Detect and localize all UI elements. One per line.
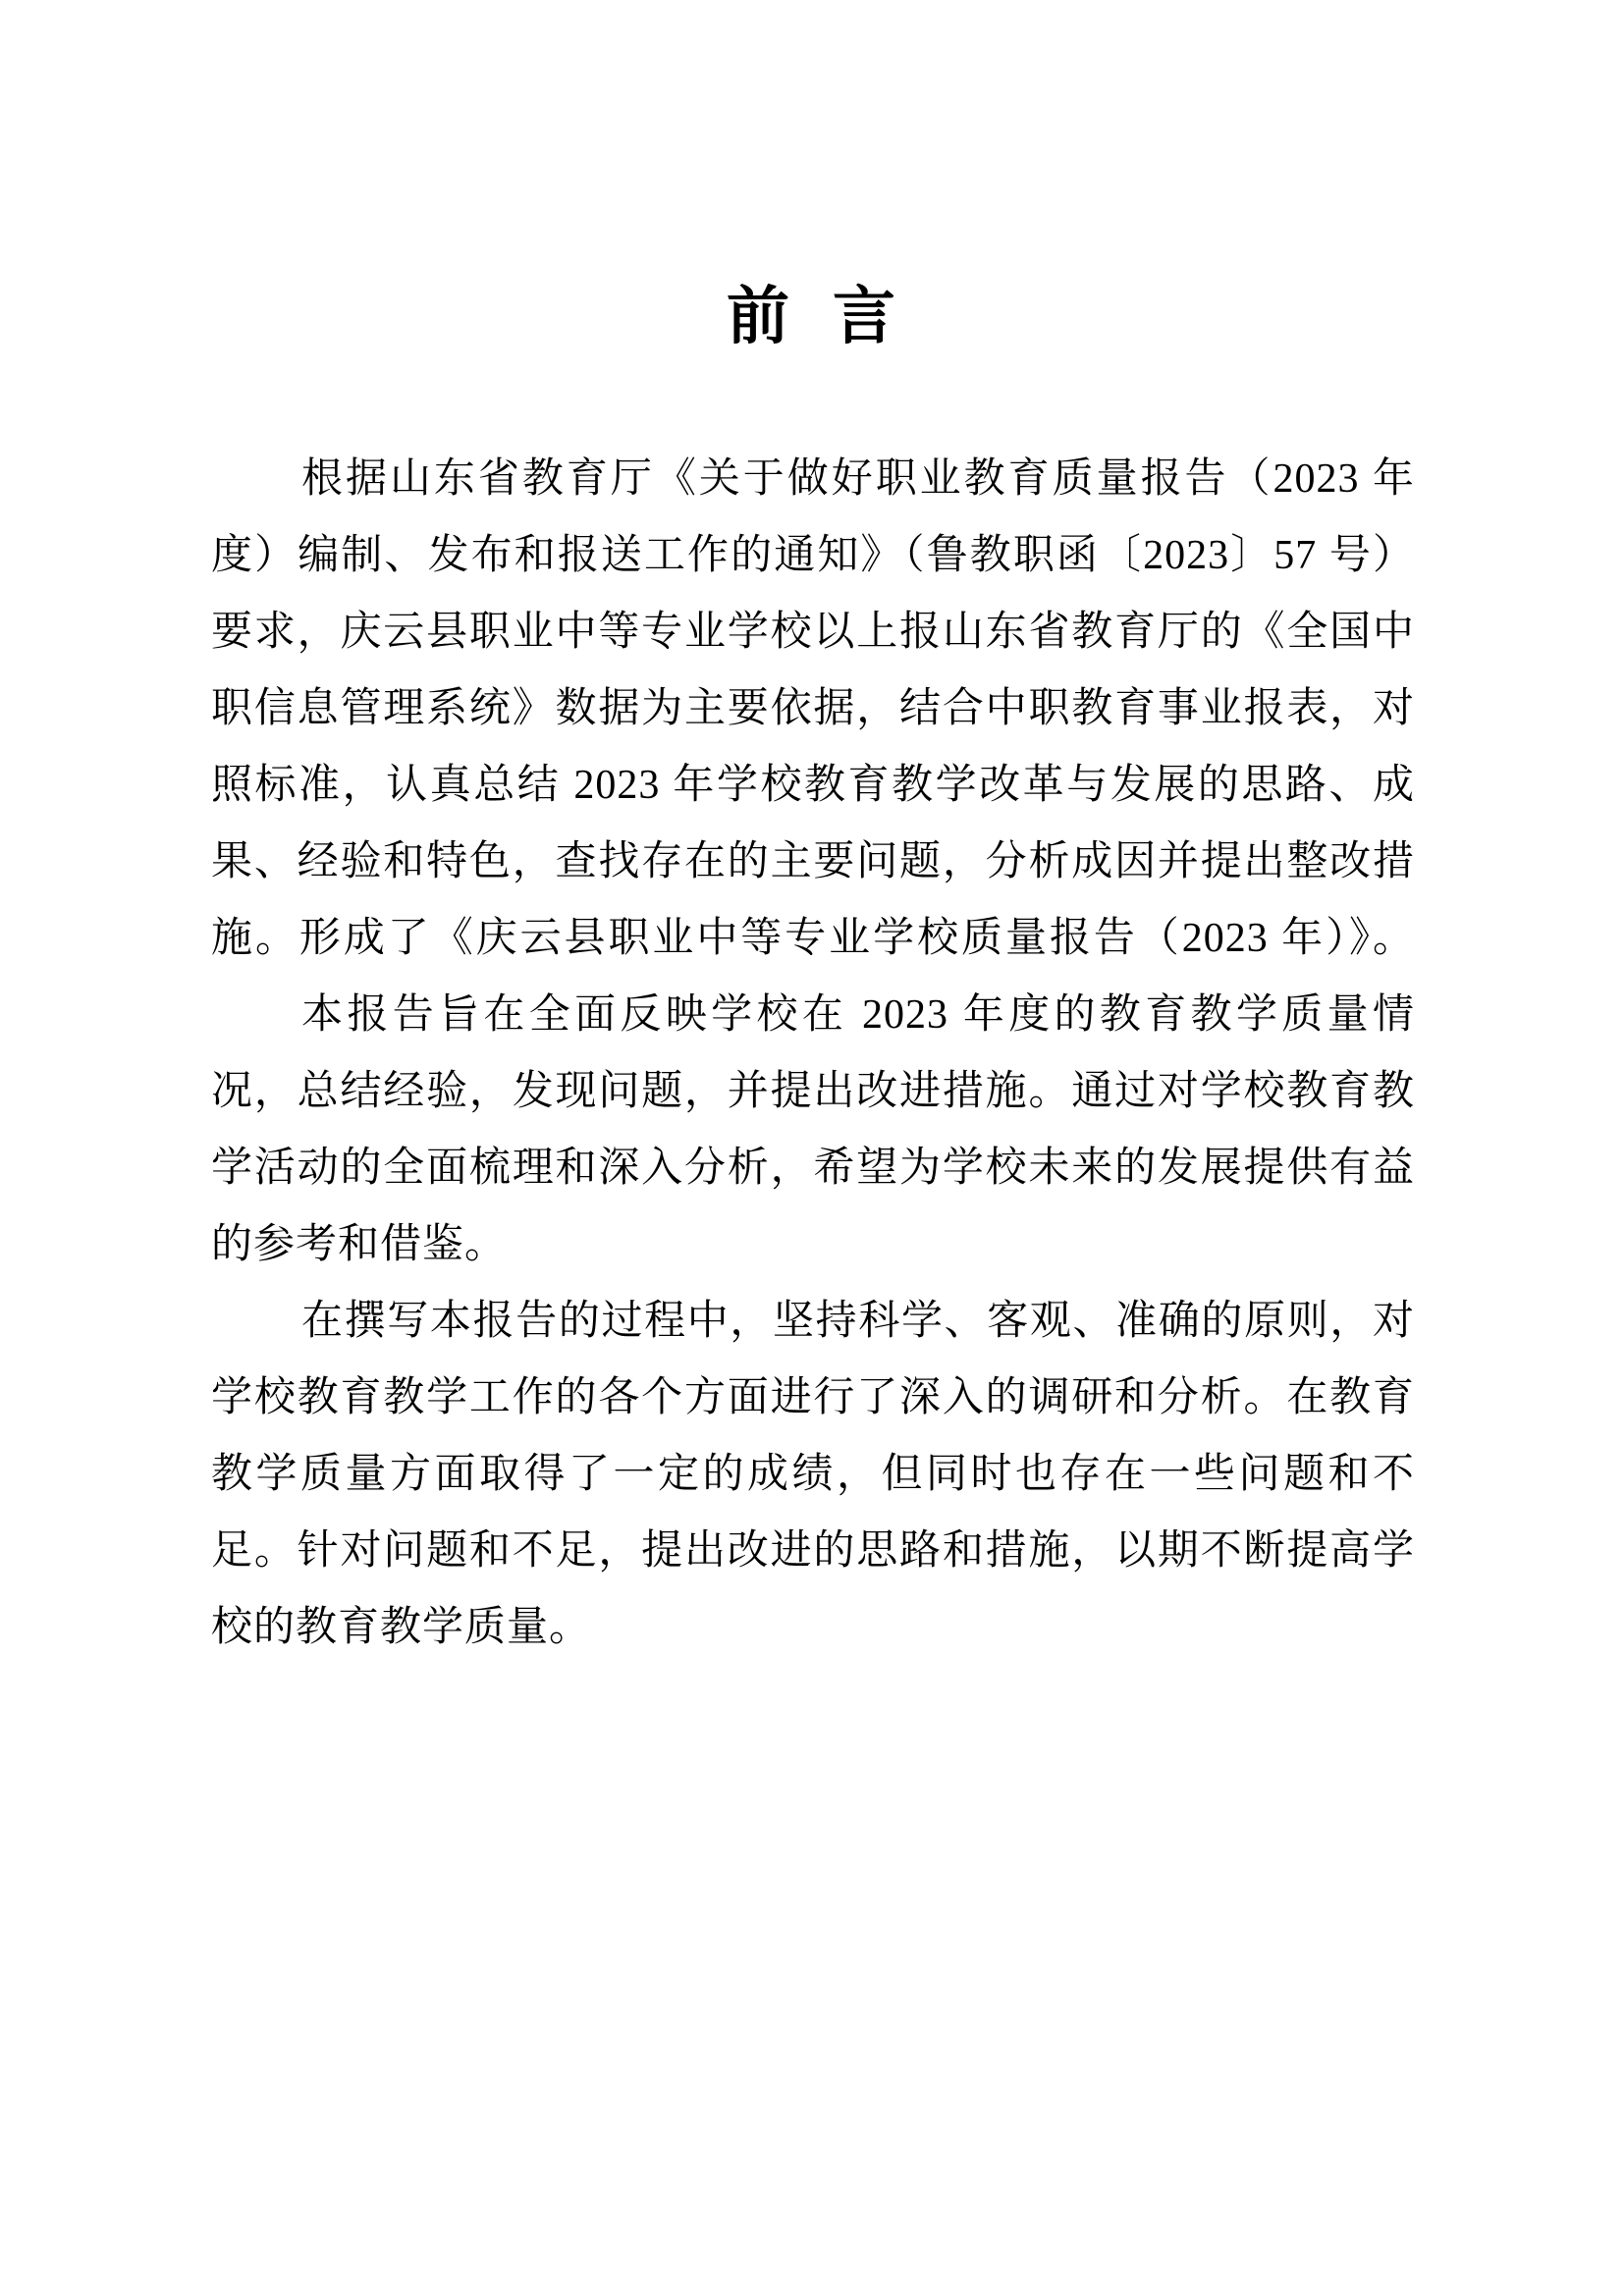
text-line: 职信息管理系统》数据为主要依据，结合中职教育事业报表，对 — [211, 670, 1415, 747]
text-line: 的参考和借鉴。 — [211, 1206, 1415, 1283]
text-line: 校的教育教学质量。 — [211, 1589, 1415, 1666]
text-line: 度）编制、发布和报送工作的通知》（鲁教职函〔2023〕57 号） — [211, 517, 1415, 594]
text-line: 根据山东省教育厅《关于做好职业教育质量报告（2023 年 — [211, 441, 1415, 517]
text-line: 在撰写本报告的过程中，坚持科学、客观、准确的原则，对 — [211, 1283, 1415, 1360]
document-body: 根据山东省教育厅《关于做好职业教育质量报告（2023 年 度）编制、发布和报送工… — [211, 441, 1415, 1666]
page-title: 前 言 — [0, 268, 1624, 366]
text-line: 施。形成了《庆云县职业中等专业学校质量报告（2023 年）》。 — [211, 900, 1415, 977]
text-line: 学活动的全面梳理和深入分析，希望为学校未来的发展提供有益 — [211, 1130, 1415, 1206]
text-line: 要求，庆云县职业中等专业学校以上报山东省教育厅的《全国中 — [211, 594, 1415, 670]
text-line: 学校教育教学工作的各个方面进行了深入的调研和分析。在教育 — [211, 1360, 1415, 1436]
text-line: 教学质量方面取得了一定的成绩，但同时也存在一些问题和不 — [211, 1436, 1415, 1513]
text-line: 果、经验和特色，查找存在的主要问题，分析成因并提出整改措 — [211, 824, 1415, 900]
text-line: 照标准，认真总结 2023 年学校教育教学改革与发展的思路、成 — [211, 747, 1415, 824]
text-line: 况，总结经验，发现问题，并提出改进措施。通过对学校教育教 — [211, 1053, 1415, 1130]
document-page: 前 言 根据山东省教育厅《关于做好职业教育质量报告（2023 年 度）编制、发布… — [0, 0, 1624, 2296]
text-line: 本报告旨在全面反映学校在 2023 年度的教育教学质量情 — [211, 977, 1415, 1053]
text-line: 足。针对问题和不足，提出改进的思路和措施，以期不断提高学 — [211, 1513, 1415, 1589]
